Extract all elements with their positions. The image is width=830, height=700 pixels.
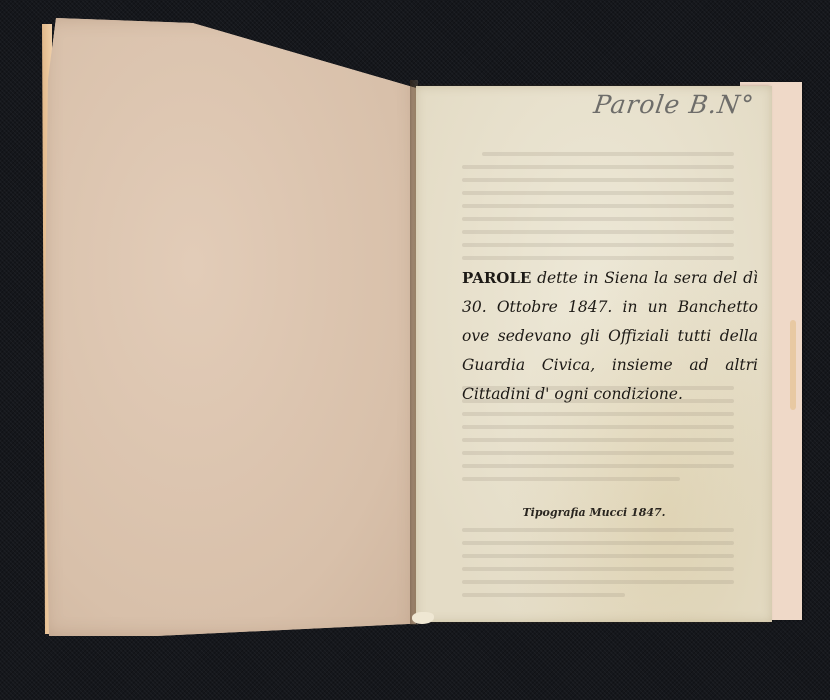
show-through-text-top: [462, 152, 734, 269]
inside-front-cover: [44, 18, 416, 636]
binding-thread: [412, 612, 434, 624]
title-text: PAROLE dette in Siena la sera del dì 30.…: [462, 264, 758, 409]
back-cover-crease: [790, 320, 796, 410]
handwritten-note: Parole B.N°: [592, 90, 756, 119]
title-first-word: PAROLE: [462, 269, 531, 287]
show-through-text-bottom: [462, 528, 734, 606]
printer-imprint: Tipografia Mucci 1847.: [416, 506, 772, 519]
title-page: Parole B.N°: [416, 86, 772, 622]
title-rest: dette in Siena la sera del dì 30. Ottobr…: [462, 269, 758, 403]
open-book: Parole B.N°: [0, 0, 830, 700]
